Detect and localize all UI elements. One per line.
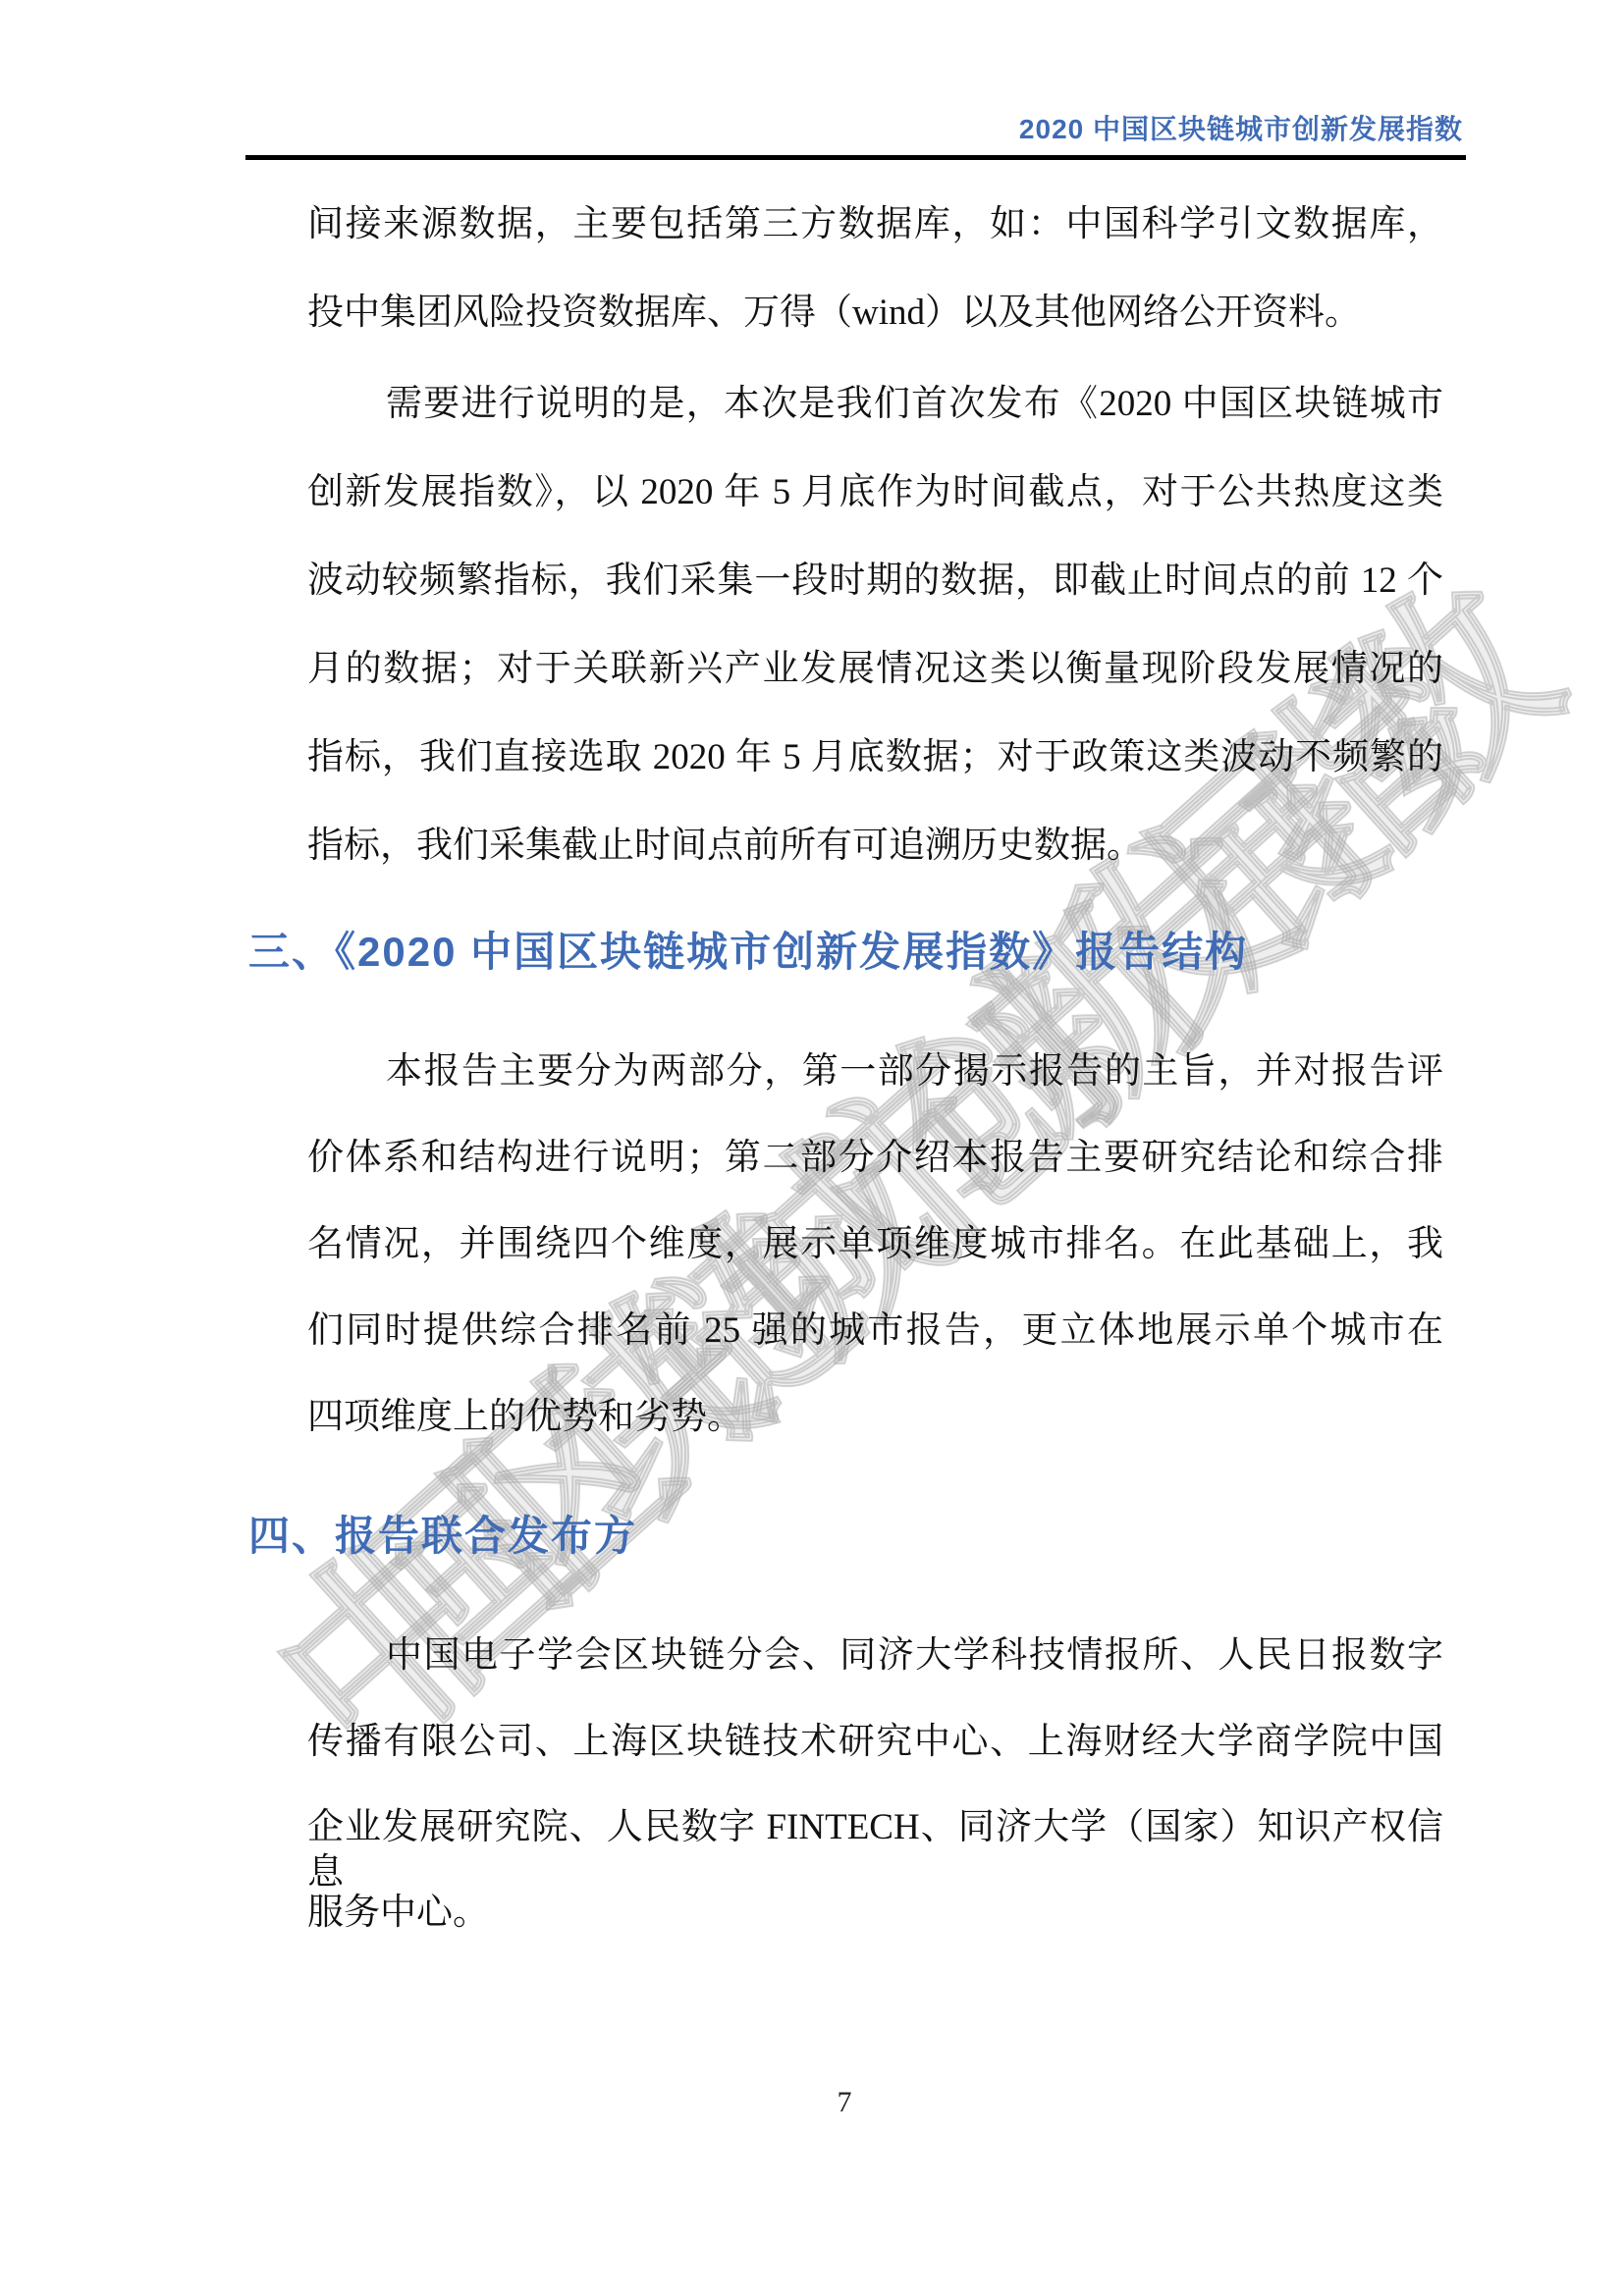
section-heading-3: 三、《2020 中国区块链城市创新发展指数》报告结构 xyxy=(248,928,1248,977)
paragraph-3-line-5: 四项维度上的优势和劣势。 xyxy=(307,1395,1443,1440)
paragraph-3-line-3: 名情况，并围绕四个维度，展示单项维度城市排名。在此基础上，我 xyxy=(307,1222,1443,1267)
paragraph-3-line-1: 本报告主要分为两部分，第一部分揭示报告的主旨，并对报告评 xyxy=(386,1049,1443,1095)
section-heading-4: 四、报告联合发布方 xyxy=(248,1512,637,1561)
paragraph-1-line-2: 投中集团风险投资数据库、万得（wind）以及其他网络公开资料。 xyxy=(307,291,1443,336)
paragraph-3-line-2: 价体系和结构进行说明；第二部分介绍本报告主要研究结论和综合排 xyxy=(307,1136,1443,1181)
document-page: 中国区块链城市创新发展指数 2020 中国区块链城市创新发展指数 间接来源数据，… xyxy=(0,0,1624,2296)
paragraph-2-line-6: 指标，我们采集截止时间点前所有可追溯历史数据。 xyxy=(307,824,1443,869)
paragraph-2-line-2: 创新发展指数》，以 2020 年 5 月底作为时间截点，对于公共热度这类 xyxy=(307,470,1443,515)
header-title: 2020 中国区块链城市创新发展指数 xyxy=(1019,112,1463,147)
paragraph-3-line-4: 们同时提供综合排名前 25 强的城市报告，更立体地展示单个城市在 xyxy=(307,1308,1443,1354)
paragraph-2-line-5: 指标，我们直接选取 2020 年 5 月底数据；对于政策这类波动不频繁的 xyxy=(307,735,1443,780)
paragraph-2-line-3: 波动较频繁指标，我们采集一段时期的数据，即截止时间点的前 12 个 xyxy=(307,559,1443,604)
header-rule xyxy=(245,155,1466,160)
paragraph-4-line-4: 服务中心。 xyxy=(307,1891,1443,1936)
paragraph-4-line-1: 中国电子学会区块链分会、同济大学科技情报所、人民日报数字 xyxy=(386,1633,1443,1679)
paragraph-4-line-2: 传播有限公司、上海区块链技术研究中心、上海财经大学商学院中国 xyxy=(307,1720,1443,1765)
paragraph-2-line-1: 需要进行说明的是，本次是我们首次发布《2020 中国区块链城市 xyxy=(386,382,1443,427)
page-number: 7 xyxy=(245,2085,1443,2120)
paragraph-4-line-3: 企业发展研究院、人民数字 FINTECH、同济大学（国家）知识产权信息 xyxy=(307,1805,1443,1896)
paragraph-2-line-4: 月的数据；对于关联新兴产业发展情况这类以衡量现阶段发展情况的 xyxy=(307,647,1443,692)
paragraph-1-line-1: 间接来源数据，主要包括第三方数据库，如：中国科学引文数据库， xyxy=(307,202,1443,247)
